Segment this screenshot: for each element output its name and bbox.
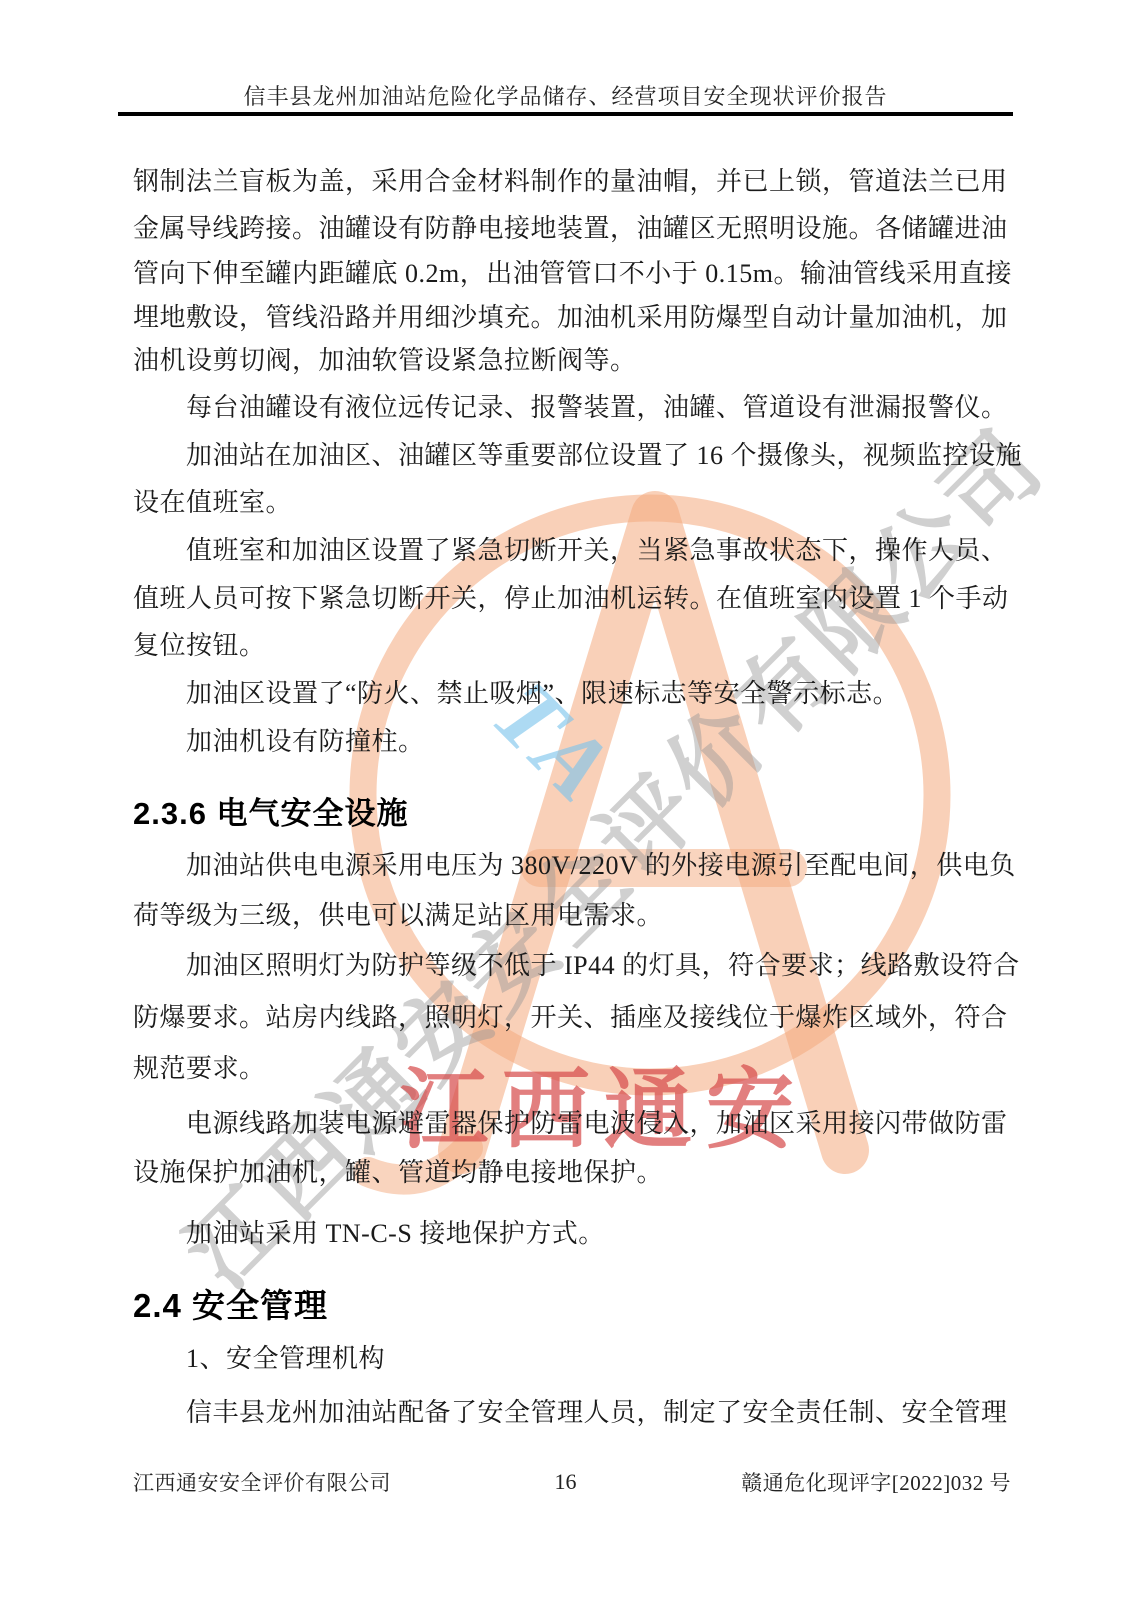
document-page: 江西通安安全评价有限公司 TA 江西通安 信丰县龙州加油站危险化学品储存、经营项…	[0, 0, 1131, 1600]
body-line: 每台油罐设有液位远传记录、报警装置，油罐、管道设有泄漏报警仪。	[133, 392, 1023, 424]
body-line: 加油站采用 TN-C-S 接地保护方式。	[133, 1218, 1023, 1250]
body-line: 埋地敷设，管线沿路并用细沙填充。加油机采用防爆型自动计量加油机，加	[133, 302, 1023, 334]
body-line: 1、安全管理机构	[133, 1343, 1023, 1375]
body-line: 防爆要求。站房内线路，照明灯，开关、插座及接线位于爆炸区域外，符合	[133, 1002, 1023, 1034]
body-line: 规范要求。	[133, 1053, 1023, 1085]
body-line: 设施保护加油机，罐、管道均静电接地保护。	[133, 1157, 1023, 1189]
body-line: 加油站在加油区、油罐区等重要部位设置了 16 个摄像头，视频监控设施	[133, 440, 1023, 472]
section-heading-2-3-6: 2.3.6 电气安全设施	[133, 788, 409, 833]
body-line: 荷等级为三级，供电可以满足站区用电需求。	[133, 900, 1023, 932]
document-body: 钢制法兰盲板为盖，采用合金材料制作的量油帽，并已上锁，管道法兰已用 金属导线跨接…	[0, 0, 1131, 1600]
section-heading-2-4: 2.4 安全管理	[133, 1280, 328, 1327]
body-line: 值班人员可按下紧急切断开关，停止加油机运转。在值班室内设置 1 个手动	[133, 583, 1023, 615]
body-line: 管向下伸至罐内距罐底 0.2m，出油管管口不小于 0.15m。输油管线采用直接	[133, 258, 1023, 290]
body-line: 金属导线跨接。油罐设有防静电接地装置，油罐区无照明设施。各储罐进油	[133, 213, 1023, 245]
body-line: 钢制法兰盲板为盖，采用合金材料制作的量油帽，并已上锁，管道法兰已用	[133, 166, 1023, 198]
body-line: 信丰县龙州加油站配备了安全管理人员，制定了安全责任制、安全管理	[133, 1397, 1023, 1429]
body-line: 油机设剪切阀，加油软管设紧急拉断阀等。	[133, 345, 1023, 377]
body-line: 加油区设置了“防火、禁止吸烟”、限速标志等安全警示标志。	[133, 678, 1023, 710]
body-line: 加油机设有防撞柱。	[133, 726, 1023, 758]
body-line: 加油站供电电源采用电压为 380V/220V 的外接电源引至配电间，供电负	[133, 850, 1023, 882]
body-line: 复位按钮。	[133, 630, 1023, 662]
body-line: 值班室和加油区设置了紧急切断开关，当紧急事故状态下，操作人员、	[133, 535, 1023, 567]
body-line: 加油区照明灯为防护等级不低于 IP44 的灯具，符合要求；线路敷设符合	[133, 950, 1023, 982]
body-line: 设在值班室。	[133, 487, 1023, 519]
body-line: 电源线路加装电源避雷器保护防雷电波侵入，加油区采用接闪带做防雷	[133, 1108, 1023, 1140]
